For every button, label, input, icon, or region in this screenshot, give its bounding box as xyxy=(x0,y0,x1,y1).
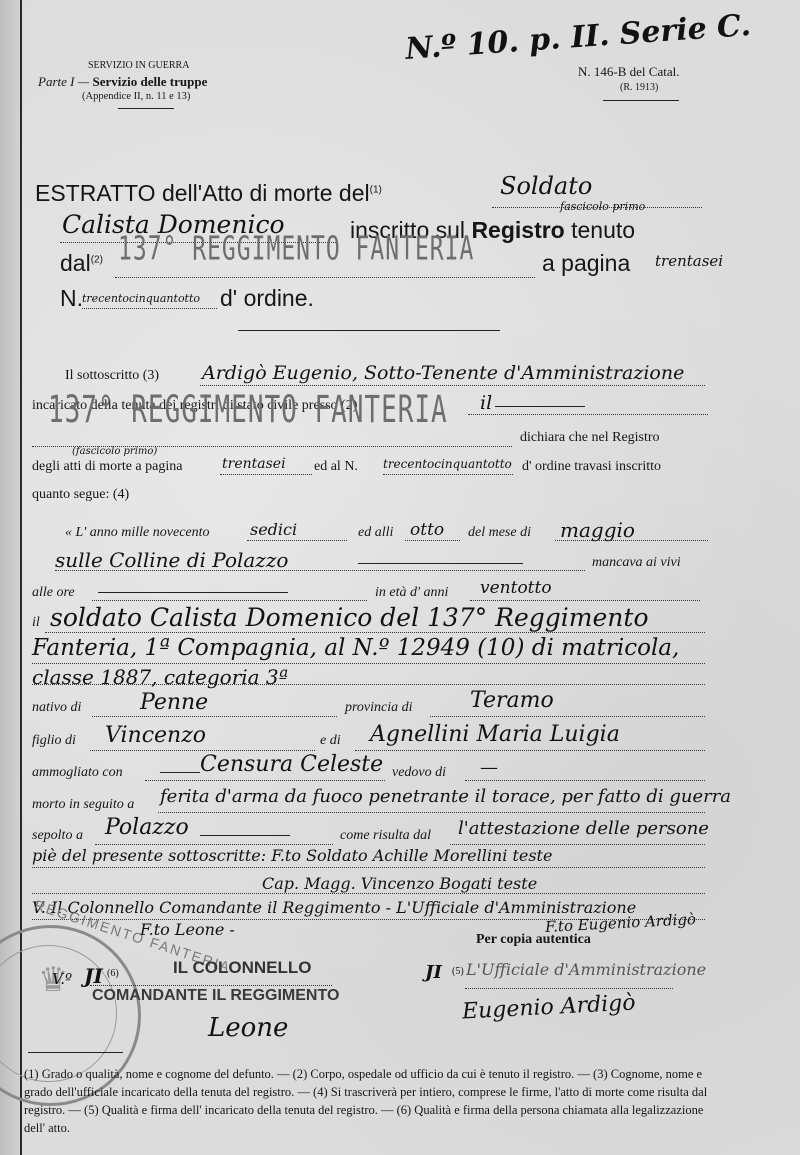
a-pagina-label: a pagina xyxy=(542,250,630,277)
per-copia-autentica: Per copia autentica xyxy=(476,932,591,948)
colonnello-stamp-line-1: IL COLONNELLO xyxy=(173,958,312,978)
desc-line-2: Fanteria, 1ª Compagnia, al N.º 12949 (10… xyxy=(32,635,679,661)
fascicolo-note: fascicolo primo xyxy=(560,200,645,213)
header-right-rule xyxy=(603,100,679,101)
sottoscritto-label: Il sottoscritto (3) xyxy=(65,368,159,384)
title-dal: dal(2) xyxy=(60,250,103,277)
risulta-label: come risulta dal xyxy=(340,828,431,844)
n-value: trecentocinquantotto xyxy=(82,292,200,305)
testimoni-line-1: piè del presente sottoscritte: F.to Sold… xyxy=(32,846,552,865)
nativo-field-line xyxy=(92,716,337,717)
sepolto-label: sepolto a xyxy=(32,828,83,844)
morto-value: ferita d'arma da fuoco penetrante il tor… xyxy=(160,786,731,807)
header-parte-label: Parte I — xyxy=(38,74,89,89)
d-ordine-label: d' ordine. xyxy=(220,285,314,312)
desc-line-1-field xyxy=(45,632,705,633)
n-value-2: trecentocinquantotto xyxy=(383,457,512,471)
n-label: N. xyxy=(60,285,83,312)
moglie-value: Censura Celeste xyxy=(200,752,383,777)
ammogliato-label: ammogliato con xyxy=(32,765,123,781)
alli-label: ed alli xyxy=(358,525,393,541)
sottoscritto-value: Ardigò Eugenio, Sotto-Tenente d'Amminist… xyxy=(202,362,684,384)
n-field-line xyxy=(82,308,217,309)
quanto-segue: quanto segue: (4) xyxy=(32,487,129,503)
vedovo-field-line xyxy=(465,780,705,781)
title-line-1: ESTRATTO dell'Atto di morte del(1) xyxy=(35,180,382,207)
anno-field-line xyxy=(247,540,347,541)
il-label: il xyxy=(32,615,40,631)
moglie-field-line xyxy=(145,780,385,781)
luogo-field-line xyxy=(55,570,585,571)
pagina-field-line-2 xyxy=(220,474,312,475)
mancava-text: mancava ai vivi xyxy=(592,555,681,571)
alli-field-line xyxy=(405,540,460,541)
figlio-label: figlio di xyxy=(32,733,76,749)
sepolto-field-line xyxy=(95,844,333,845)
footnote-ref-5: (5) xyxy=(452,966,464,977)
handwritten-series-note: N.º 10. p. II. Serie C. xyxy=(404,8,752,67)
visto-prefix: V.º xyxy=(52,970,72,988)
provincia-value: Teramo xyxy=(470,688,554,713)
risulta-value: l'attestazione delle persone xyxy=(458,818,709,839)
death-certificate-page: SERVIZIO IN GUERRA Parte I — Servizio de… xyxy=(0,0,800,1155)
registro-text: Registro xyxy=(471,217,564,243)
padre-value: Vincenzo xyxy=(105,723,206,748)
pagina-value-2: trentasei xyxy=(222,456,286,472)
madre-value: Agnellini Maria Luigia xyxy=(370,722,620,747)
visto-line: V. Il Colonnello Comandante il Reggiment… xyxy=(32,898,636,917)
incaricato-field-line xyxy=(468,414,708,415)
provincia-field-line xyxy=(430,716,705,717)
footnotes: (1) Grado o qualità, nome e cognome del … xyxy=(24,1065,714,1137)
pagina-value: trentasei xyxy=(655,252,723,270)
vedovo-value: — xyxy=(480,757,498,778)
ufficiale-stamp: L'Ufficiale d'Amministrazione xyxy=(466,960,706,979)
regiment-stamp-title: 137° REGGIMENTO FANTERIA xyxy=(118,230,474,268)
header-appendice: (Appendice II, n. 11 e 13) xyxy=(82,91,190,102)
colonnello-stamp-line-2: COMANDANTE IL REGGIMENTO xyxy=(92,987,339,1005)
tenuto-text: tenuto xyxy=(571,217,635,243)
ufficiale-prefix: JI xyxy=(425,962,442,983)
title-estratto: ESTRATTO xyxy=(35,180,156,206)
morto-field-line xyxy=(158,812,705,813)
risulta-field-line xyxy=(450,844,705,845)
ore-dash xyxy=(98,592,288,593)
desc-line-2-field xyxy=(32,663,705,664)
madre-field-line xyxy=(355,750,705,751)
moglie-dash xyxy=(160,772,200,773)
colonnello-field-line xyxy=(90,985,332,986)
nativo-label: nativo di xyxy=(32,700,81,716)
luogo-value: sulle Colline di Polazzo xyxy=(55,548,288,572)
vedovo-label: vedovo di xyxy=(392,765,446,781)
n-field-line-2 xyxy=(383,474,513,475)
seal-rule xyxy=(28,1052,123,1053)
alli-value: otto xyxy=(410,520,444,540)
deceased-rank: Soldato xyxy=(500,172,592,200)
ufficiale-field-line xyxy=(465,988,673,989)
eta-label: in età d' anni xyxy=(375,585,448,601)
anno-label: « L' anno mille novecento xyxy=(65,525,210,541)
header-parte: Parte I — Servizio delle truppe xyxy=(38,74,207,90)
luogo-dash xyxy=(358,563,523,564)
morto-label: morto in seguito a xyxy=(32,797,134,813)
dichiara-text: dichiara che nel Registro xyxy=(520,430,660,446)
desc-line-3: classe 1887, categoria 3ª xyxy=(32,665,288,689)
testimoni-line-2-field xyxy=(32,893,705,894)
header-parte-title: Servizio delle truppe xyxy=(93,74,208,89)
testimoni-line-1-field xyxy=(32,867,705,868)
nativo-value: Penne xyxy=(140,690,208,715)
ore-label: alle ore xyxy=(32,585,75,601)
sepolto-value: Polazzo xyxy=(105,815,189,840)
header-left-rule xyxy=(118,108,174,109)
fascicolo-note-2: (fascicolo primo) xyxy=(72,446,157,457)
e-di-label: e di xyxy=(320,733,341,749)
title-atto-text: dell'Atto di morte del xyxy=(162,180,370,206)
regiment-field-line xyxy=(115,277,535,278)
header-servizio: SERVIZIO IN GUERRA xyxy=(88,60,189,71)
testimoni-line-2: Cap. Magg. Vincenzo Bogati teste xyxy=(262,874,537,893)
padre-field-line xyxy=(90,750,315,751)
mese-field-line xyxy=(555,540,708,541)
catalog-number: N. 146-B del Catal. xyxy=(578,64,679,80)
catalog-edition: (R. 1913) xyxy=(620,82,658,93)
title-separator xyxy=(238,330,500,331)
regiment-stamp-declaration: 137° REGGIMENTO FANTERIA xyxy=(48,389,448,433)
eta-value: ventotto xyxy=(480,578,552,598)
footnote-ref-6: (6) xyxy=(107,968,119,979)
sepolto-dash xyxy=(200,835,290,836)
mese-value: maggio xyxy=(560,518,635,542)
ufficiale-signature: Eugenio Ardigò xyxy=(461,990,636,1024)
incaricato-dash xyxy=(495,406,585,407)
provincia-label: provincia di xyxy=(345,700,413,716)
colonnello-signature: Leone xyxy=(208,1013,288,1043)
incaricato-value: il xyxy=(480,392,492,414)
dal-text: dal xyxy=(60,250,91,276)
eta-field-line xyxy=(470,600,700,601)
sottoscritto-field-line xyxy=(200,385,705,386)
ore-field-line xyxy=(92,600,367,601)
footnote-ref-1: (1) xyxy=(370,184,382,195)
d-ordine-travasi: d' ordine travasi inscritto xyxy=(522,459,661,475)
mese-label: del mese di xyxy=(468,525,531,541)
degli-atti-text: degli atti di morte a pagina xyxy=(32,459,182,475)
ed-al-text: ed al N. xyxy=(314,459,358,475)
anno-value: sedici xyxy=(250,520,297,539)
desc-line-1: soldato Calista Domenico del 137° Reggim… xyxy=(50,603,649,632)
desc-line-3-field xyxy=(32,684,705,685)
footnote-ref-2: (2) xyxy=(91,254,103,265)
